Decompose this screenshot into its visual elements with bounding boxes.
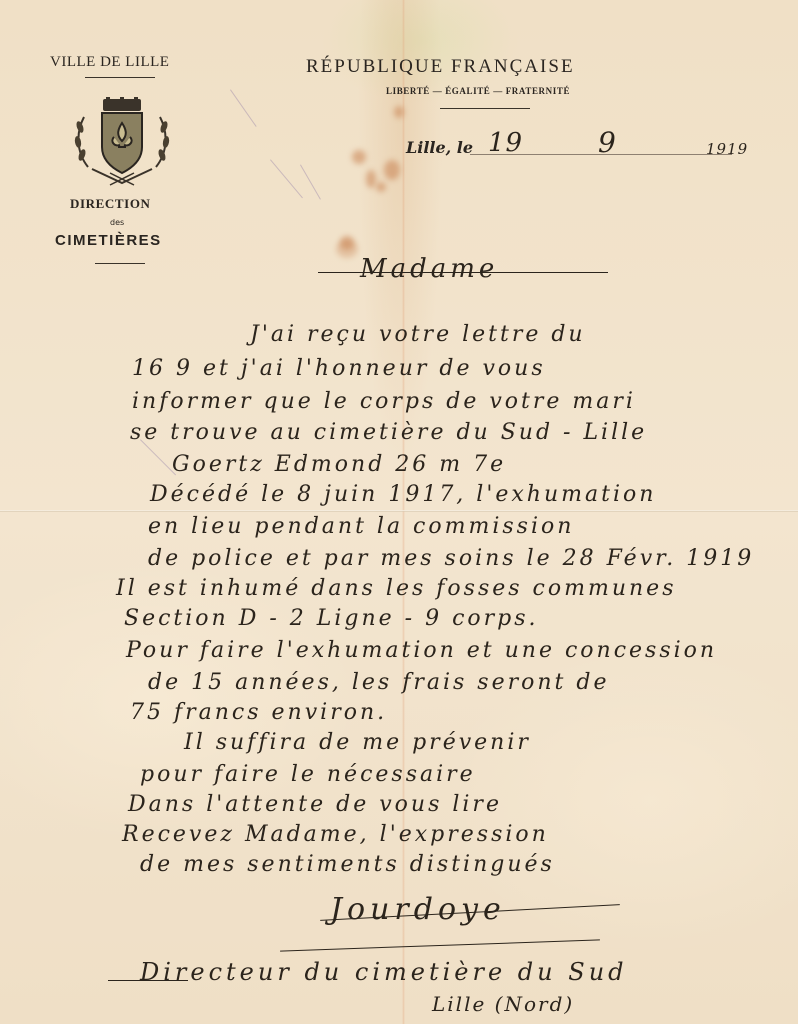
letterhead-city: VILLE DE LILLE [50,54,169,71]
letter-line: 75 francs environ. [130,700,387,725]
letter-line: de mes sentiments distingués [140,852,555,877]
foxing-stain [394,106,404,118]
letter-line: informer que le corps de votre mari [132,389,636,414]
date-year: 1919 [706,140,748,158]
signatory-place: Lille (Nord) [432,992,574,1016]
letter-line: Décédé le 8 juin 1917, l'exhumation [150,482,656,507]
letter-line: Section D - 2 Ligne - 9 corps. [124,606,539,631]
national-motto: LIBERTÉ — ÉGALITÉ — FRATERNITÉ [386,86,570,96]
signature: Jourdoye [330,892,506,927]
department-connector: des [110,218,124,227]
foxing-stain [336,240,358,258]
letter-line: 16 9 et j'ai l'honneur de vous [132,356,546,381]
foxing-stain [366,170,376,188]
foxing-stain [352,150,366,164]
letter-line: se trouve au cimetière du Sud - Lille [130,420,647,445]
letter-line: Il est inhumé dans les fosses communes [116,576,676,601]
country-heading: RÉPUBLIQUE FRANÇAISE [306,56,575,78]
letter-line: Recevez Madame, l'expression [122,822,549,847]
signatory-title: Directeur du cimetière du Sud [140,958,628,986]
department-title: DIRECTION [70,196,151,212]
letter-line: de 15 années, les frais seront de [148,670,609,695]
horizontal-fold-crease [0,510,798,512]
ornament-rule [440,108,530,109]
salutation: Madame [360,254,498,284]
letter-line: de police et par mes soins le 28 Févr. 1… [148,546,754,571]
letter-line: en lieu pendant la commission [148,514,574,539]
letter-line: J'ai reçu votre lettre du [250,322,586,347]
letterhead-rule [85,77,155,78]
letter-line: Il suffira de me prévenir [184,730,531,755]
date-month: 9 [598,126,617,159]
foxing-stain [384,160,400,180]
ornament-rule [95,263,145,264]
letter-line: Dans l'attente de vous lire [128,792,502,817]
lille-coat-of-arms-icon [70,97,174,189]
letter-line: Pour faire l'exhumation et une concessio… [126,638,717,663]
letter-line: Goertz Edmond 26 m 7e [172,452,506,477]
foxing-stain [376,182,386,192]
letter-line: pour faire le nécessaire [140,762,476,787]
department-subject: CIMETIÈRES [55,232,162,249]
date-day: 19 [488,128,523,158]
place-date-prefix: Lille, le [406,138,473,157]
